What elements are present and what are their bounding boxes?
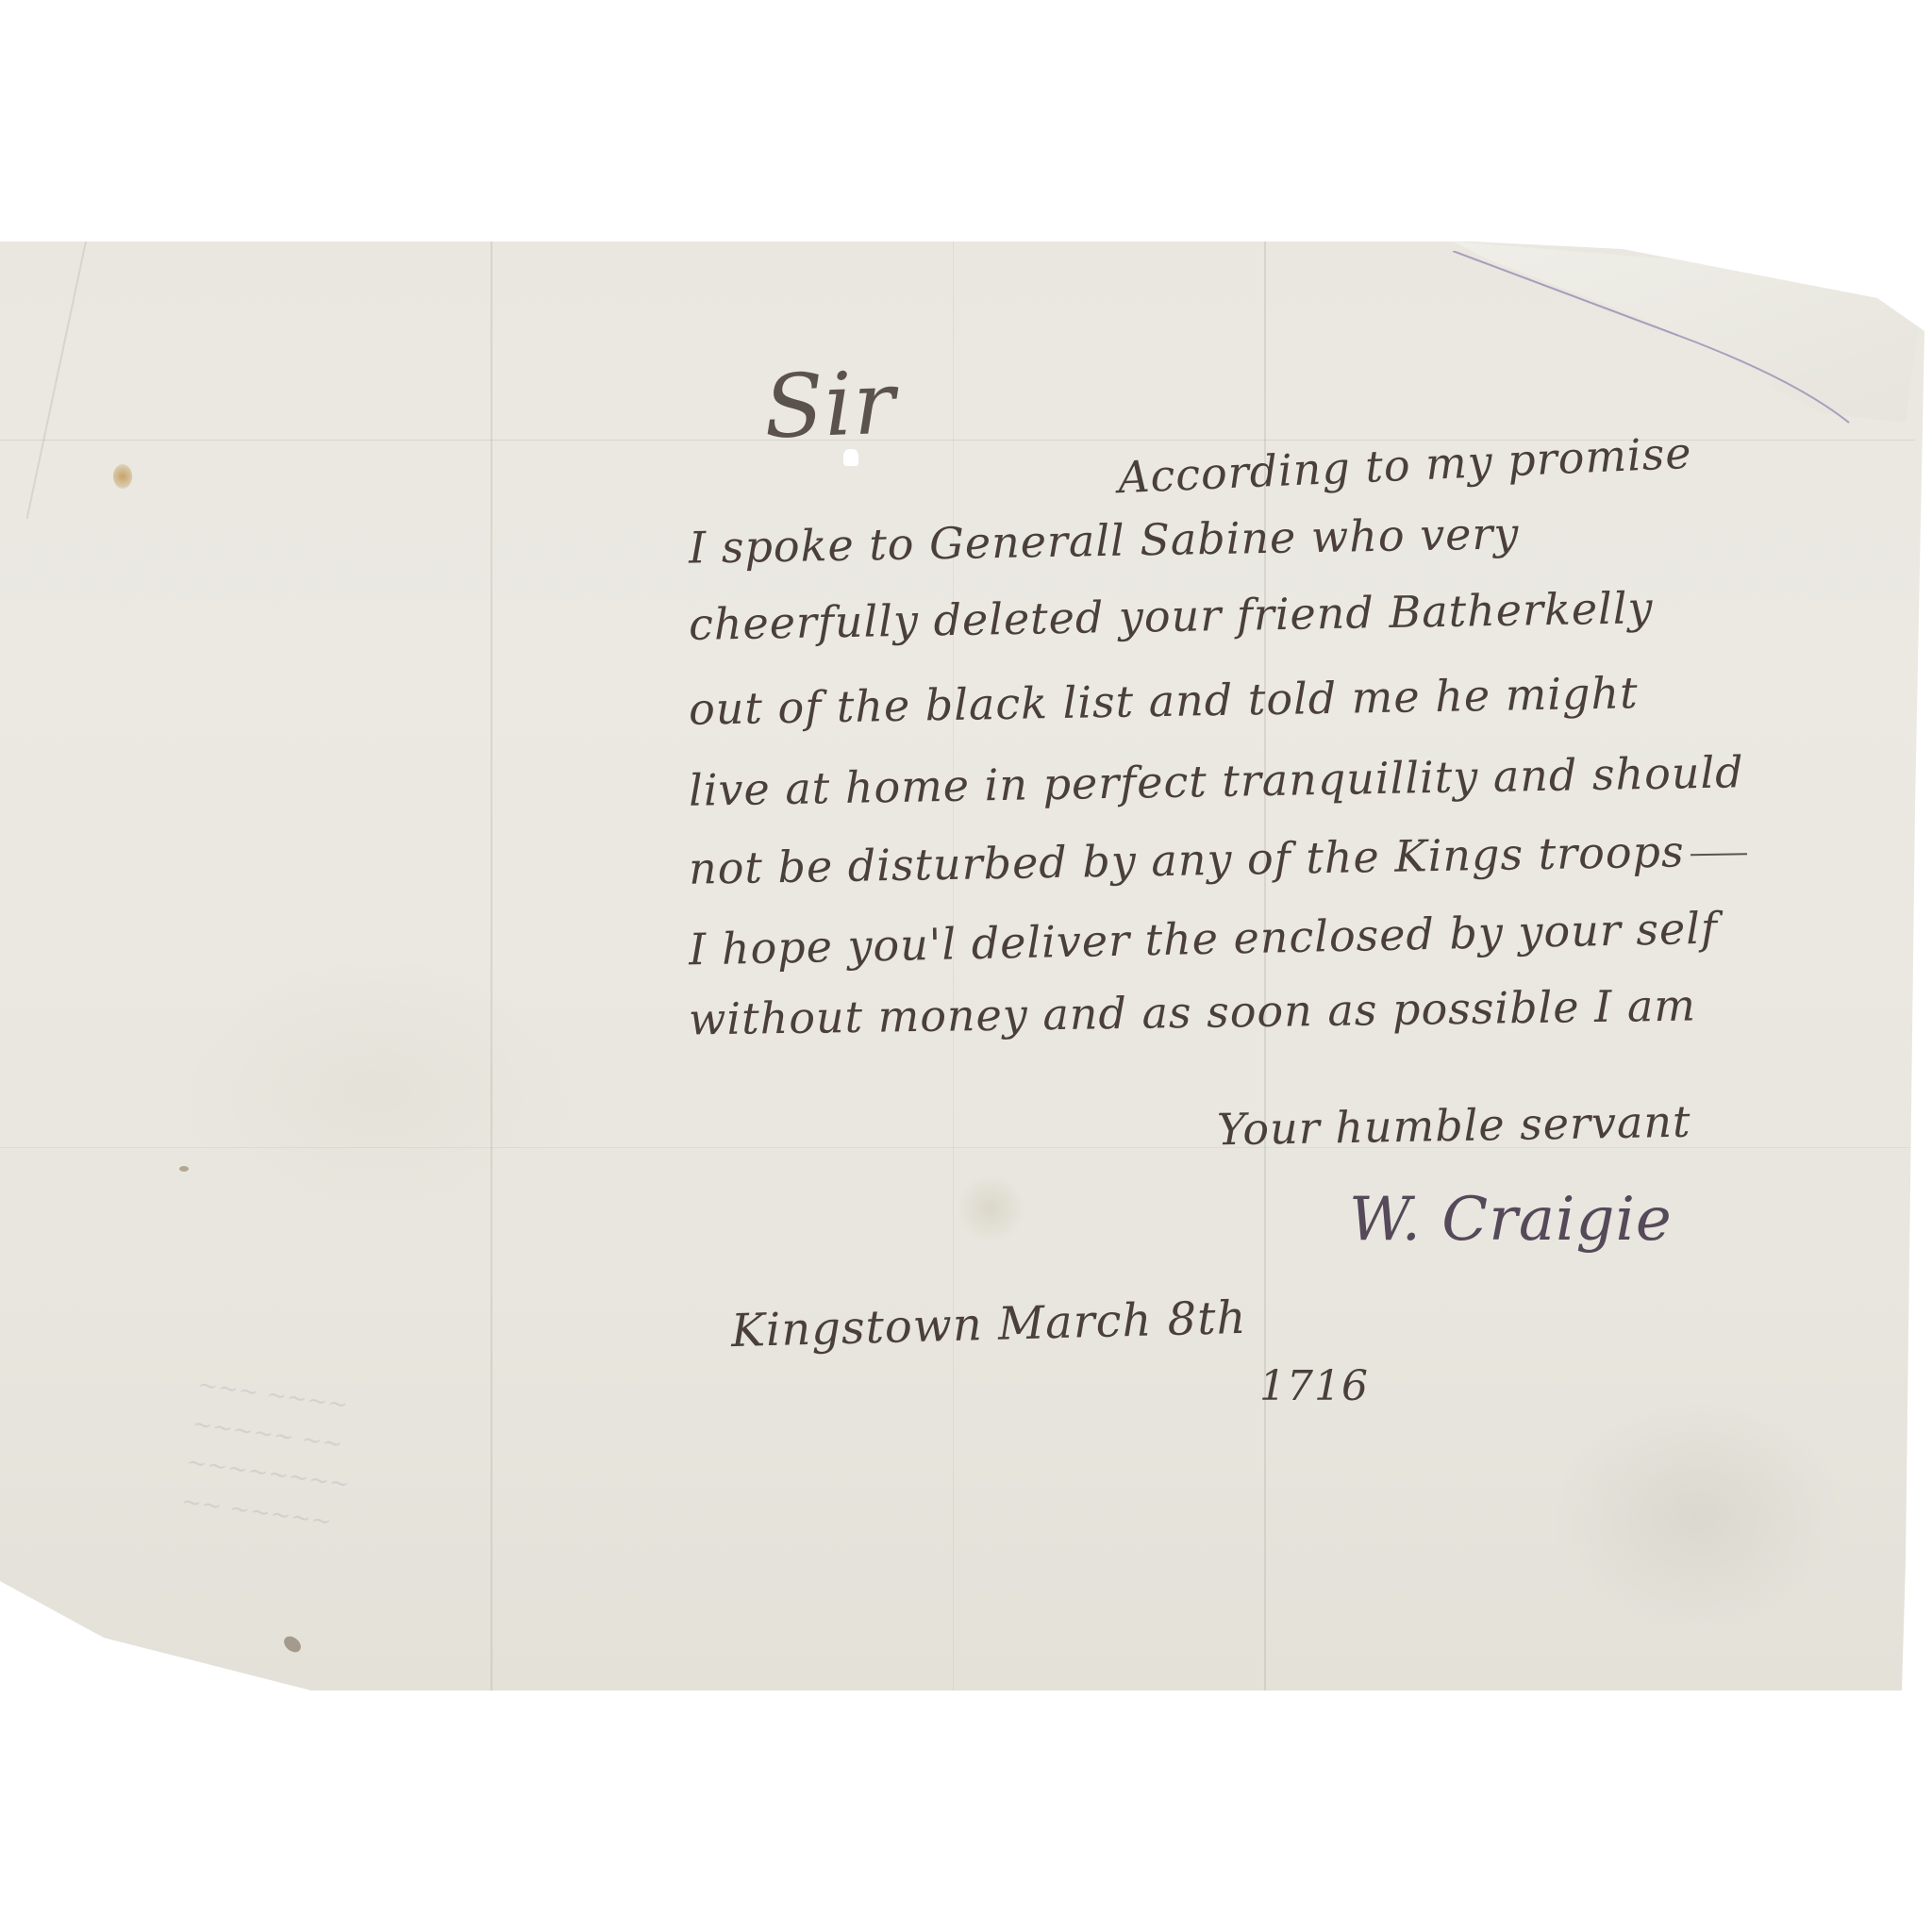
smudge-mark xyxy=(953,1175,1028,1241)
folded-corner xyxy=(1453,241,1924,432)
year: 1716 xyxy=(1259,1362,1369,1410)
photo-stage: ~~~ ~~~~~~~~~ ~~~~~~~~~~~~ ~~~~~ Sir Acc… xyxy=(0,0,1932,1932)
letter-line: without money and as soon as possible I … xyxy=(689,980,1697,1045)
letter-line: I spoke to Generall Sabine who very xyxy=(689,508,1520,573)
letter-line: According to my promise xyxy=(1117,427,1692,503)
letter-line: out of the black list and told me he mig… xyxy=(689,667,1639,735)
stain-mark xyxy=(113,464,132,489)
dash-stroke xyxy=(1690,853,1747,856)
letter-line: cheerfully deleted your friend Batherkel… xyxy=(689,582,1654,650)
letter-line-text: not be disturbed by any of the Kings tro… xyxy=(689,825,1685,893)
letter-line: I hope you'l deliver the enclosed by you… xyxy=(689,903,1719,975)
fold-line xyxy=(26,241,87,519)
closing: Your humble servant xyxy=(1217,1096,1691,1156)
place-date: Kingstown March 8th xyxy=(730,1291,1247,1357)
fold-line xyxy=(491,241,492,1690)
signature: W. Craigie xyxy=(1349,1185,1673,1255)
letter-paper: ~~~ ~~~~~~~~~ ~~~~~~~~~~~~ ~~~~~ Sir Acc… xyxy=(0,241,1932,1690)
letter-line: live at home in perfect tranquillity and… xyxy=(689,746,1744,816)
stain-mark xyxy=(179,1166,189,1172)
salutation: Sir xyxy=(762,353,897,458)
letter-line: not be disturbed by any of the Kings tro… xyxy=(689,824,1747,894)
bleed-through-text: ~~~ ~~~~~~~~~ ~~~~~~~~~~~~ ~~~~~ xyxy=(160,1366,461,1683)
